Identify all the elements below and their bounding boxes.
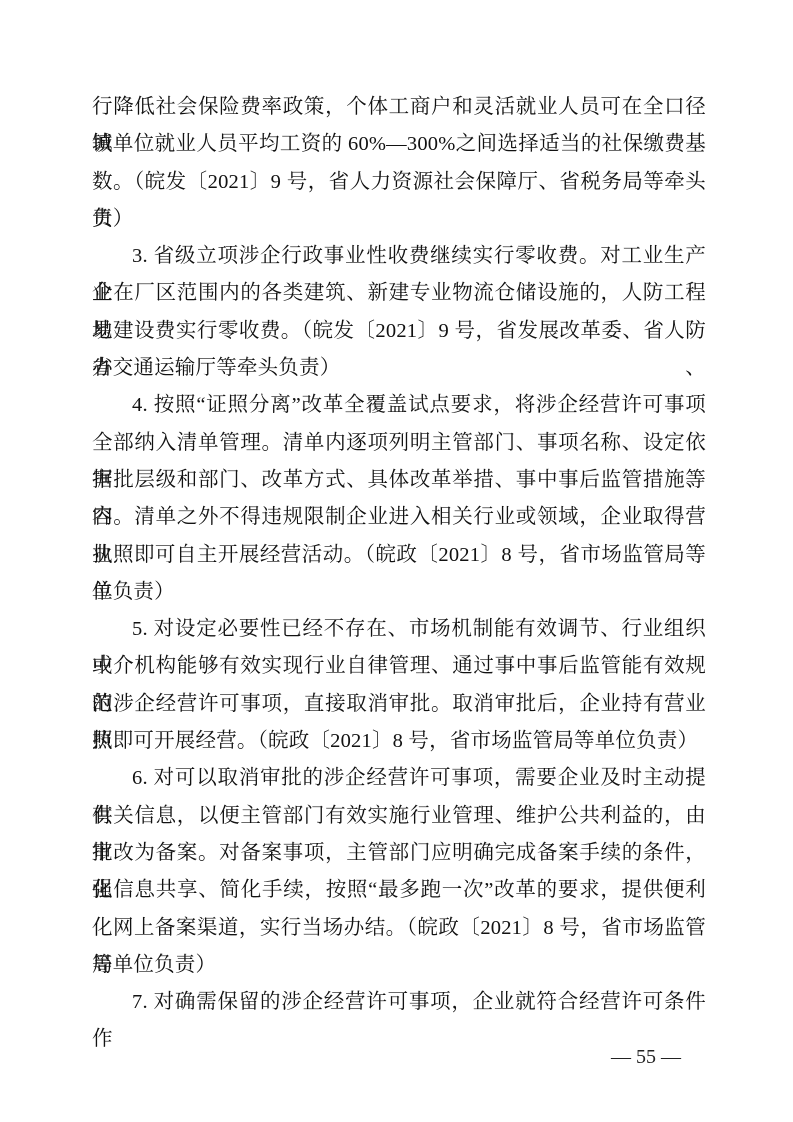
document-text: 行降低社会保险费率政策，个体工商户和灵活就业人员可在全口径城 镇单位就业人员平均… — [92, 89, 706, 1021]
document-page: 行降低社会保险费率政策，个体工商户和灵活就业人员可在全口径城 镇单位就业人员平均… — [0, 0, 793, 1122]
text-line: 4. 按照“证照分离”改革全覆盖试点要求，将涉企经营许可事项 — [92, 387, 706, 424]
text-line: 5. 对设定必要性已经不存在、市场机制能有效调节、行业组织或 — [92, 611, 706, 648]
text-line: 的涉企经营许可事项，直接取消审批。取消审批后，企业持有营业执 — [92, 686, 706, 723]
text-line: 执照即可自主开展经营活动。（皖政〔2021〕8 号，省市场监管局等单 — [92, 537, 706, 574]
text-line: 批改为备案。对备案事项，主管部门应明确完成备案手续的条件，强 — [92, 835, 706, 872]
text-line: 3. 省级立项涉企行政事业性收费继续实行零收费。对工业生产企 — [92, 238, 706, 275]
text-line: 7. 对确需保留的涉企经营许可事项，企业就符合经营许可条件作 — [92, 984, 706, 1021]
text-line: 有关信息，以便主管部门有效实施行业管理、维护公共利益的，由审 — [92, 798, 706, 835]
text-line: 地建设费实行零收费。（皖发〔2021〕9 号，省发展改革委、省人防办、 — [92, 313, 706, 350]
text-line: 照即可开展经营。（皖政〔2021〕8 号，省市场监管局等单位负责） — [92, 723, 706, 760]
text-line: 责） — [92, 201, 706, 238]
text-line: 化信息共享、简化手续，按照“最多跑一次”改革的要求，提供便利 — [92, 872, 706, 909]
text-line: 化网上备案渠道，实行当场办结。（皖政〔2021〕8 号，省市场监管局 — [92, 910, 706, 947]
text-line: 全部纳入清单管理。清单内逐项列明主管部门、事项名称、设定依据、 — [92, 425, 706, 462]
text-line: 容。清单之外不得违规限制企业进入相关行业或领域，企业取得营业 — [92, 499, 706, 536]
text-line: 6. 对可以取消审批的涉企经营许可事项，需要企业及时主动提供 — [92, 760, 706, 797]
text-line: 数。（皖发〔2021〕9 号，省人力资源社会保障厅、省税务局等牵头负 — [92, 164, 706, 201]
text-line: 审批层级和部门、改革方式、具体改革举措、事中事后监管措施等内 — [92, 462, 706, 499]
text-line: 中介机构能够有效实现行业自律管理、通过事中事后监管能有效规范 — [92, 648, 706, 685]
text-line: 镇单位就业人员平均工资的 60%—300%之间选择适当的社保缴费基 — [92, 126, 706, 163]
page-number: — 55 — — [611, 1045, 681, 1069]
text-line: 行降低社会保险费率政策，个体工商户和灵活就业人员可在全口径城 — [92, 89, 706, 126]
text-line: 业在厂区范围内的各类建筑、新建专业物流仓储设施的，人防工程易 — [92, 275, 706, 312]
text-line: 位负责） — [92, 574, 706, 611]
text-line: 等单位负责） — [92, 947, 706, 984]
